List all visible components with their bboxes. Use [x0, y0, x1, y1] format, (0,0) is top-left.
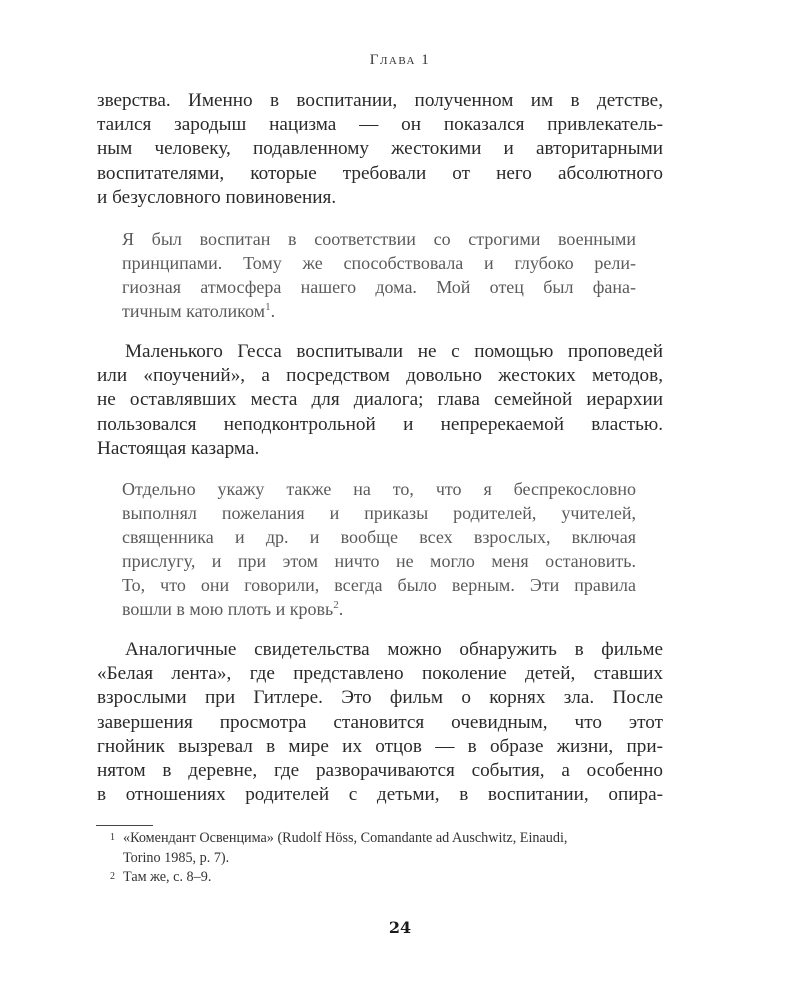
quote-line-last: тичным католиком1. — [122, 299, 636, 323]
quote-line: выполнял пожелания и приказы родителей, … — [122, 501, 636, 525]
block-quote-1: Я был воспитан в соответствии со строгим… — [122, 227, 636, 323]
text-line: в отношениях родителей с детьми, в воспи… — [97, 783, 663, 807]
quote-line-text: вошли в мою плоть и кровь — [122, 599, 333, 619]
body-paragraph-1: зверства. Именно в воспитании, полученно… — [97, 89, 663, 210]
quote-trailing-punct: . — [271, 301, 276, 321]
footnote-number: 2 — [110, 867, 115, 887]
text-line: взрослыми при Гитлере. Это фильм о корня… — [97, 686, 663, 710]
quote-line-text: тичным католиком — [122, 301, 265, 321]
quote-line: Отдельно укажу также на то, что я беспре… — [122, 477, 636, 501]
footnote-line: «Комендант Освенцима» (Rudolf Höss, Coma… — [123, 829, 665, 849]
body-paragraph-3: Аналогичные свидетельства можно обнаружи… — [97, 638, 663, 807]
page-number: 24 — [0, 918, 800, 937]
quote-trailing-punct: . — [339, 599, 344, 619]
quote-line: священника и др. и вообще всех взрослых,… — [122, 525, 636, 549]
footnote-line: Там же, с. 8–9. — [123, 868, 665, 888]
text-line: воспитателями, которые требовали от него… — [97, 162, 663, 186]
text-line: гнойник вызревал в мире их отцов — в обр… — [97, 735, 663, 759]
text-line: нятом в деревне, где разворачиваются соб… — [97, 759, 663, 783]
footnote-number: 1 — [110, 828, 115, 848]
text-line: не оставлявших места для диалога; глава … — [97, 388, 663, 412]
running-head-chapter: Глава 1 — [0, 52, 800, 69]
text-line: завершения просмотра становится очевидны… — [97, 711, 663, 735]
quote-line: Я был воспитан в соответствии со строгим… — [122, 227, 636, 251]
quote-line: гиозная атмосфера нашего дома. Мой отец … — [122, 275, 636, 299]
footnote-separator-rule — [96, 825, 153, 826]
quote-line-last: вошли в мою плоть и кровь2. — [122, 597, 636, 621]
text-line: или «поучений», а посредством довольно ж… — [97, 364, 663, 388]
block-quote-2: Отдельно укажу также на то, что я беспре… — [122, 477, 636, 621]
text-line: таился зародыш нацизма — он показался пр… — [97, 113, 663, 137]
footnote-1: 1 «Комендант Освенцима» (Rudolf Höss, Co… — [110, 829, 665, 868]
text-line: Маленького Гесса воспитывали не с помощь… — [97, 340, 663, 364]
text-line: зверства. Именно в воспитании, полученно… — [97, 89, 663, 113]
text-line: «Белая лента», где представлено поколени… — [97, 662, 663, 686]
quote-line: прислугу, и при этом ничто не могло меня… — [122, 549, 636, 573]
footnote-2: 2 Там же, с. 8–9. — [110, 868, 665, 888]
footnote-line: Torino 1985, p. 7). — [123, 849, 665, 869]
text-line: Настоящая казарма. — [97, 437, 663, 461]
quote-line: То, что они говорили, всегда было верным… — [122, 573, 636, 597]
text-line: ным человеку, подавленному жестокими и а… — [97, 137, 663, 161]
text-line: Аналогичные свидетельства можно обнаружи… — [97, 638, 663, 662]
text-line: пользовался неподконтрольной и непререка… — [97, 413, 663, 437]
text-line: и безусловного повиновения. — [97, 186, 663, 210]
body-paragraph-2: Маленького Гесса воспитывали не с помощь… — [97, 340, 663, 461]
footnotes-section: 1 «Комендант Освенцима» (Rudolf Höss, Co… — [110, 829, 665, 888]
quote-line: принципами. Тому же способствовала и глу… — [122, 251, 636, 275]
